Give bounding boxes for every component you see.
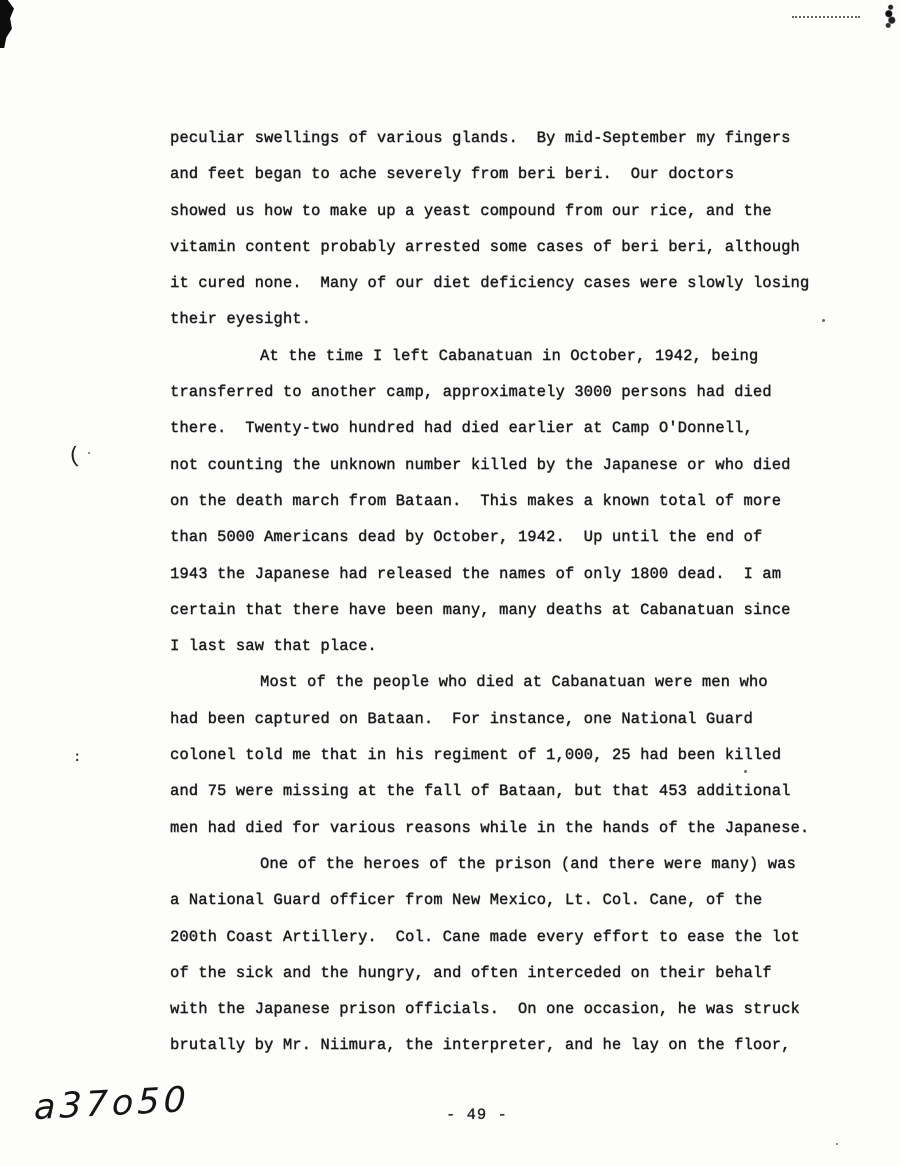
text-line: One of the heroes of the prison (and the… (170, 846, 830, 882)
margin-paren-mark: ( (67, 443, 83, 469)
margin-colon-mark: : (73, 750, 81, 766)
text-line: showed us how to make up a yeast compoun… (170, 193, 830, 229)
text-line: had been captured on Bataan. For instanc… (170, 701, 830, 737)
text-line: brutally by Mr. Niimura, the interpreter… (170, 1027, 830, 1063)
text-line: and 75 were missing at the fall of Bataa… (170, 773, 830, 809)
text-line: I last saw that place. (170, 628, 830, 664)
scan-speck (836, 1143, 838, 1145)
text-line: transferred to another camp, approximate… (170, 374, 830, 410)
scan-corner-mark (0, 0, 14, 48)
text-line: At the time I left Cabanatuan in October… (170, 338, 830, 374)
text-line: and feet began to ache severely from ber… (170, 156, 830, 192)
text-line: certain that there have been many, many … (170, 592, 830, 628)
text-line: there. Twenty-two hundred had died earli… (170, 410, 830, 446)
text-line: 200th Coast Artillery. Col. Cane made ev… (170, 919, 830, 955)
text-line: a National Guard officer from New Mexico… (170, 882, 830, 918)
page-number: - 49 - (446, 1106, 508, 1124)
text-line: peculiar swellings of various glands. By… (170, 120, 830, 156)
text-line: their eyesight. (170, 301, 830, 337)
text-line: vitamin content probably arrested some c… (170, 229, 830, 265)
text-line: than 5000 Americans dead by October, 194… (170, 519, 830, 555)
scan-speck (88, 452, 90, 454)
text-line: 1943 the Japanese had released the names… (170, 556, 830, 592)
text-line: colonel told me that in his regiment of … (170, 737, 830, 773)
scan-dotted-line (792, 16, 860, 18)
text-line: not counting the unknown number killed b… (170, 447, 830, 483)
text-line: Most of the people who died at Cabanatua… (170, 664, 830, 700)
text-line: on the death march from Bataan. This mak… (170, 483, 830, 519)
handwritten-annotation: a37o50 (34, 1080, 190, 1128)
text-line: it cured none. Many of our diet deficien… (170, 265, 830, 301)
text-line: men had died for various reasons while i… (170, 810, 830, 846)
text-line: of the sick and the hungry, and often in… (170, 955, 830, 991)
text-line: with the Japanese prison officials. On o… (170, 991, 830, 1027)
scan-smudge (884, 2, 896, 28)
typewritten-text-block: peculiar swellings of various glands. By… (170, 120, 830, 1064)
document-page: ( : peculiar swellings of various glands… (0, 0, 900, 1166)
